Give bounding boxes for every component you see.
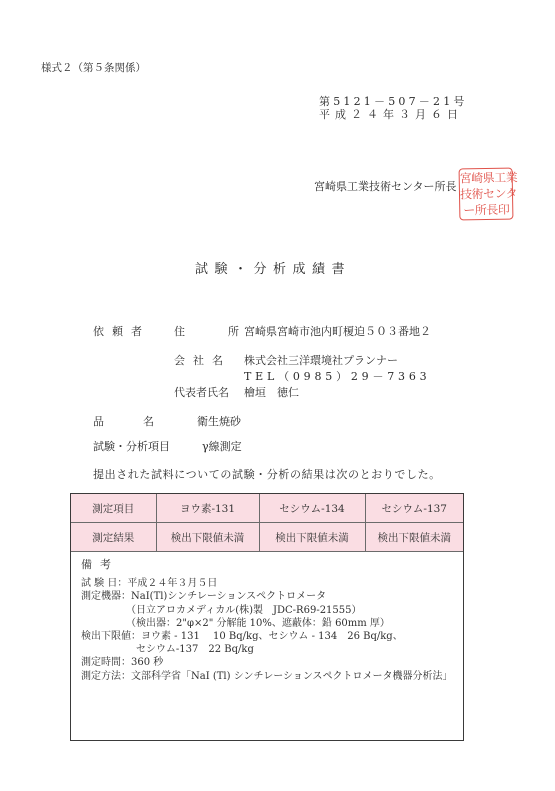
table-cell: 検出下限値未満 (365, 523, 463, 552)
document-date: 平成２４年３月６日 (319, 106, 463, 122)
table-row-measurement-items: 測定項目 ヨウ素-131 セシウム-134 セシウム-137 (71, 494, 463, 523)
document-title: 試験・分析成績書 (195, 258, 351, 277)
form-label: 様式２（第５条関係） (41, 60, 146, 75)
table-cell: セシウム-134 (259, 494, 365, 523)
company-value: 株式会社三洋環境社プランナー (244, 352, 398, 368)
remarks-instrument: 測定機器：NaI(Tl)シンチレーションスペクトロメータ (81, 590, 453, 603)
table-cell: 検出下限値未満 (156, 523, 259, 552)
product-label: 品 (93, 413, 104, 429)
representative-value: 檜垣 徳仁 (244, 384, 299, 400)
address-label: 住 (174, 323, 185, 339)
row-header: 測定結果 (71, 523, 156, 552)
remarks-detection-limit: 検出下限値：ヨウ素 - 131 10 Bq/kg、セシウム - 134 26 B… (81, 630, 453, 643)
remarks-heading: 備考 (81, 558, 453, 571)
remarks-section: 備考 試 験 日：平成２４年３月５日 測定機器：NaI(Tl)シンチレーションス… (81, 558, 453, 683)
address-label-suffix: 所 (228, 323, 239, 339)
results-table: 測定項目 ヨウ素-131 セシウム-134 セシウム-137 測定結果 検出下限… (71, 494, 463, 552)
table-cell: 検出下限値未満 (259, 523, 365, 552)
remarks-detection-limit-cont: セシウム-137 22 Bq/kg (81, 643, 453, 656)
issuer-name: 宮崎県工業技術センター所長 (314, 178, 457, 194)
remarks-test-date: 試 験 日：平成２４年３月５日 (81, 577, 453, 590)
seal-line: 技術センタ (460, 186, 512, 203)
remarks-detector: （検出器：2"φ×2" 分解能 10%、遮蔽体：鉛 60mm 厚） (81, 617, 453, 630)
company-label: 会社名 (174, 352, 231, 368)
remarks-method: 測定方法：文部科学省「NaI (Tl) シンチレーションスペクトロメータ機器分析… (81, 670, 453, 683)
results-box: 測定項目 ヨウ素-131 セシウム-134 セシウム-137 測定結果 検出下限… (70, 493, 464, 741)
test-item-value: γ線測定 (202, 438, 242, 454)
official-seal-icon: 宮崎県工業 技術センタ ー所長印 (459, 168, 514, 221)
table-row-measurement-results: 測定結果 検出下限値未満 検出下限値未満 検出下限値未満 (71, 523, 463, 552)
table-cell: セシウム-137 (365, 494, 463, 523)
seal-line: 宮崎県工業 (460, 170, 512, 187)
remarks-manufacturer: （日立アロカメディカル(株)製 JDC-R69-21555） (81, 604, 453, 617)
product-label-suffix: 名 (143, 413, 154, 429)
seal-line: ー所長印 (460, 202, 512, 219)
representative-label: 代表者氏名 (174, 384, 229, 400)
requester-label: 依頼者 (93, 323, 150, 339)
telephone-value: TEL（0985）29－7363 (244, 368, 430, 384)
table-cell: ヨウ素-131 (156, 494, 259, 523)
test-item-label: 試験・分析項目 (93, 438, 170, 454)
row-header: 測定項目 (71, 494, 156, 523)
remarks-measurement-time: 測定時間：360 秒 (81, 656, 453, 669)
intro-text: 提出された試料についての試験・分析の結果は次のとおりでした。 (93, 466, 441, 482)
address-value: 宮崎県宮崎市池内町榎迫５０３番地２ (244, 323, 431, 339)
product-value: 衛生焼砂 (197, 413, 241, 429)
